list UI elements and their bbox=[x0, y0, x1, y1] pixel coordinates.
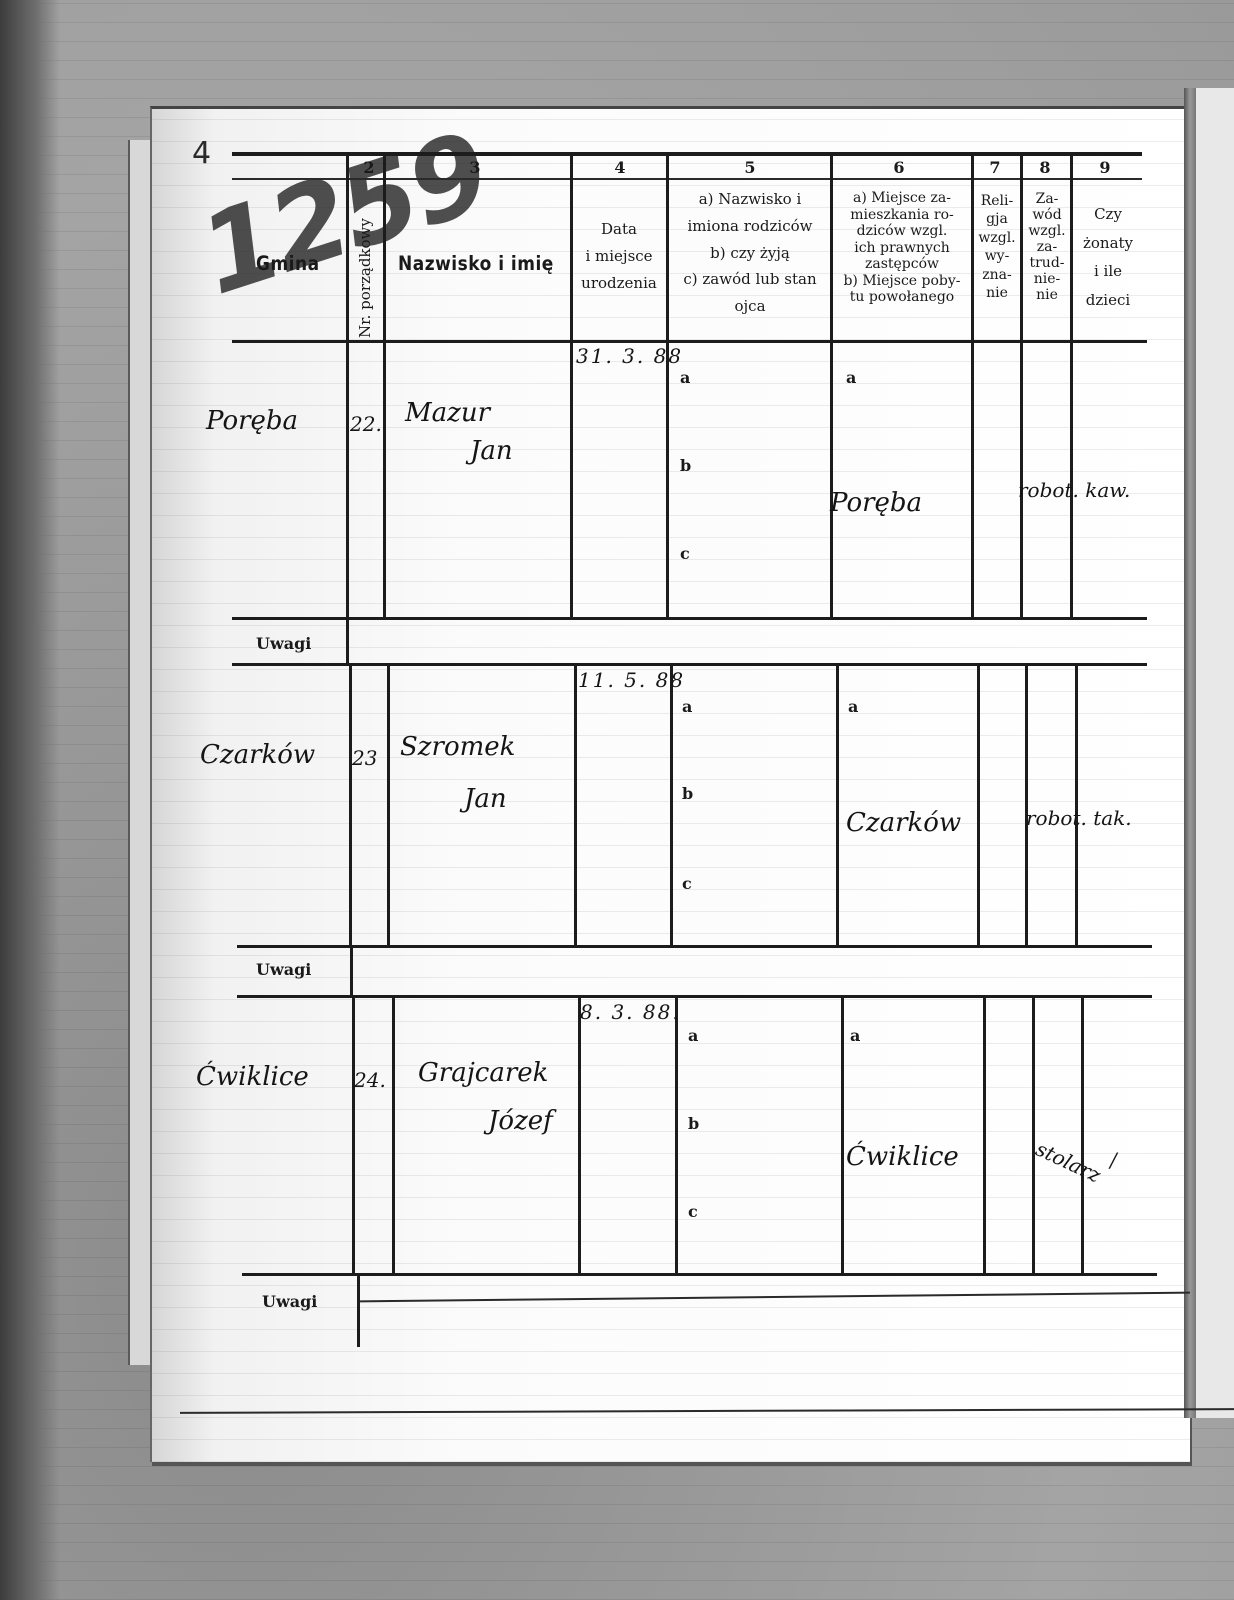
header-line: a) Miejsce za- bbox=[832, 190, 972, 207]
entry-2-nr: 23 bbox=[352, 746, 377, 770]
remarks-bottom-rule bbox=[237, 995, 1152, 998]
entry-1-label-b: b bbox=[680, 456, 691, 475]
entry-2-gmina: Czarków bbox=[200, 740, 315, 770]
col-header-nr: Nr. porządkowy bbox=[356, 218, 374, 338]
header-line: i ile bbox=[1073, 257, 1143, 286]
entry-3-surname: Grajcarek bbox=[418, 1058, 548, 1088]
col-number-6: 6 bbox=[884, 158, 914, 177]
header-line: nie bbox=[1022, 288, 1072, 304]
header-number-rule bbox=[232, 178, 1142, 180]
header-line: wy- bbox=[973, 247, 1021, 265]
row-divider bbox=[349, 665, 352, 945]
row-divider bbox=[977, 665, 980, 945]
col-number-8: 8 bbox=[1030, 158, 1060, 177]
col-number-2: 2 bbox=[355, 158, 383, 177]
header-line: b) czy żyją bbox=[669, 244, 831, 263]
entry-1-nr: 22. bbox=[350, 412, 382, 436]
row-divider bbox=[841, 997, 844, 1275]
col-header-parents: a) Nazwisko i imiona rodziców b) czy żyj… bbox=[669, 190, 831, 316]
entry-2-birth-date: 11. 5. 88 bbox=[578, 668, 685, 692]
entry-3-label-b: b bbox=[688, 1114, 699, 1133]
row-divider bbox=[392, 997, 395, 1275]
row-divider bbox=[1075, 665, 1078, 945]
entry-1-residence: Poręba bbox=[830, 488, 922, 518]
row-divider bbox=[666, 342, 669, 617]
header-line: imiona rodziców bbox=[669, 217, 831, 236]
col-header-birth: Data i miejsce urodzenia bbox=[572, 220, 666, 292]
header-line: Data bbox=[572, 220, 666, 239]
entry-1-occupation: robot. kaw. bbox=[1018, 478, 1130, 502]
header-line: Czy bbox=[1073, 200, 1143, 229]
col-number-5: 5 bbox=[735, 158, 765, 177]
row-divider bbox=[570, 342, 573, 617]
corner-mark: 4 bbox=[192, 136, 211, 171]
header-line: trud- bbox=[1022, 256, 1072, 272]
row-divider bbox=[578, 997, 581, 1275]
header-line: i miejsce bbox=[572, 247, 666, 266]
entry-1-remarks-label: Uwagi bbox=[256, 634, 311, 653]
entry-1-surname: Mazur bbox=[405, 398, 490, 428]
remarks-top-rule bbox=[232, 617, 1147, 620]
row-divider bbox=[836, 665, 839, 945]
remarks-top-rule bbox=[237, 945, 1152, 948]
header-line: a) Nazwisko i bbox=[669, 190, 831, 209]
scan-left-shadow bbox=[0, 0, 60, 1600]
col-header-marital: Czy żonaty i ile dzieci bbox=[1073, 200, 1143, 314]
row-divider bbox=[387, 665, 390, 945]
entry-2-label-c: c bbox=[682, 874, 692, 893]
entry-2-surname: Szromek bbox=[400, 732, 515, 762]
entry-3-label-c: c bbox=[688, 1202, 698, 1221]
col-header-religion: Reli- gja wzgl. wy- zna- nie bbox=[973, 192, 1021, 303]
row-divider bbox=[352, 997, 355, 1275]
header-line: dzieci bbox=[1073, 286, 1143, 315]
entry-3-gmina: Ćwiklice bbox=[196, 1062, 309, 1092]
remarks-divider bbox=[346, 619, 349, 664]
header-line: urodzenia bbox=[572, 274, 666, 293]
row-divider bbox=[346, 342, 349, 617]
row-divider bbox=[971, 342, 974, 617]
header-line: żonaty bbox=[1073, 229, 1143, 258]
entry-3-remarks-label: Uwagi bbox=[262, 1292, 317, 1311]
entry-2-remarks-label: Uwagi bbox=[256, 960, 311, 979]
header-line: wzgl. bbox=[973, 229, 1021, 247]
header-line: wzgl. bbox=[1022, 224, 1072, 240]
header-top-rule bbox=[232, 152, 1142, 156]
header-line: dziców wzgl. bbox=[832, 223, 972, 240]
entry-1-res-label-a: a bbox=[846, 368, 856, 387]
header-line: wód bbox=[1022, 208, 1072, 224]
col-header-residence: a) Miejsce za- mieszkania ro- dziców wzg… bbox=[832, 190, 972, 306]
header-line: zna- bbox=[973, 266, 1021, 284]
entry-1-birth-date: 31. 3. 88 bbox=[576, 344, 683, 368]
header-line: c) zawód lub stan bbox=[669, 270, 831, 289]
row-divider bbox=[383, 342, 386, 617]
entry-3-marital: / bbox=[1110, 1148, 1117, 1172]
col-header-occupation: Za- wód wzgl. za- trud- nie- nie bbox=[1022, 192, 1072, 304]
row-divider bbox=[670, 665, 673, 945]
entry-1-remarks bbox=[352, 622, 1142, 662]
header-line: gja bbox=[973, 210, 1021, 228]
entry-2-label-a: a bbox=[682, 697, 692, 716]
header-line: za- bbox=[1022, 240, 1072, 256]
row-divider bbox=[574, 665, 577, 945]
col-number-4: 4 bbox=[605, 158, 635, 177]
entry-1-given-name: Jan bbox=[470, 436, 513, 466]
header-line: mieszkania ro- bbox=[832, 207, 972, 224]
entry-2-residence: Czarków bbox=[846, 808, 961, 838]
entry-1-gmina: Poręba bbox=[206, 406, 298, 436]
header-line: b) Miejsce poby- bbox=[832, 273, 972, 290]
entry-3-residence: Ćwiklice bbox=[846, 1142, 959, 1172]
entry-3-label-a: a bbox=[688, 1026, 698, 1045]
remarks-divider bbox=[357, 1275, 360, 1347]
entry-3-nr: 24. bbox=[354, 1068, 386, 1092]
adjacent-page-strip bbox=[1196, 88, 1234, 1418]
page-fold-edge bbox=[1184, 88, 1196, 1418]
remarks-bottom-rule bbox=[232, 663, 1147, 666]
header-line: ich prawnych bbox=[832, 240, 972, 257]
remarks-divider bbox=[350, 947, 353, 995]
col-header-gmina: Gmina bbox=[256, 253, 320, 276]
entry-2-res-label-a: a bbox=[848, 697, 858, 716]
entry-2-given-name: Jan bbox=[464, 784, 507, 814]
header-col-divider bbox=[346, 156, 349, 341]
row-divider bbox=[1081, 997, 1084, 1275]
header-line: zastępców bbox=[832, 256, 972, 273]
entry-2-occupation: robot. tak. bbox=[1026, 806, 1132, 830]
row-divider bbox=[1032, 997, 1035, 1275]
col-header-name: Nazwisko i imię bbox=[398, 253, 554, 276]
col-number-7: 7 bbox=[980, 158, 1010, 177]
row-divider bbox=[675, 997, 678, 1275]
entry-2-remarks bbox=[356, 950, 1146, 992]
entry-2-label-b: b bbox=[682, 784, 693, 803]
entry-3-res-label-a: a bbox=[850, 1026, 860, 1045]
remarks-top-rule bbox=[242, 1273, 1157, 1276]
col-number-3: 3 bbox=[460, 158, 490, 177]
row-divider bbox=[1025, 665, 1028, 945]
entry-1-label-c: c bbox=[680, 544, 690, 563]
header-col-divider bbox=[383, 156, 386, 341]
entry-1-label-a: a bbox=[680, 368, 690, 387]
header-bottom-rule bbox=[232, 340, 1147, 343]
header-line: nie bbox=[973, 284, 1021, 302]
header-line: ojca bbox=[669, 297, 831, 316]
header-line: Za- bbox=[1022, 192, 1072, 208]
row-divider bbox=[830, 342, 833, 617]
header-line: Reli- bbox=[973, 192, 1021, 210]
entry-3-birth-date: 8. 3. 88. bbox=[580, 1000, 681, 1024]
entry-3-remarks bbox=[362, 1300, 1152, 1340]
header-line: tu powołanego bbox=[832, 289, 972, 306]
entry-3-given-name: Józef bbox=[488, 1106, 553, 1136]
col-number-9: 9 bbox=[1090, 158, 1120, 177]
row-divider bbox=[983, 997, 986, 1275]
header-line: nie- bbox=[1022, 272, 1072, 288]
